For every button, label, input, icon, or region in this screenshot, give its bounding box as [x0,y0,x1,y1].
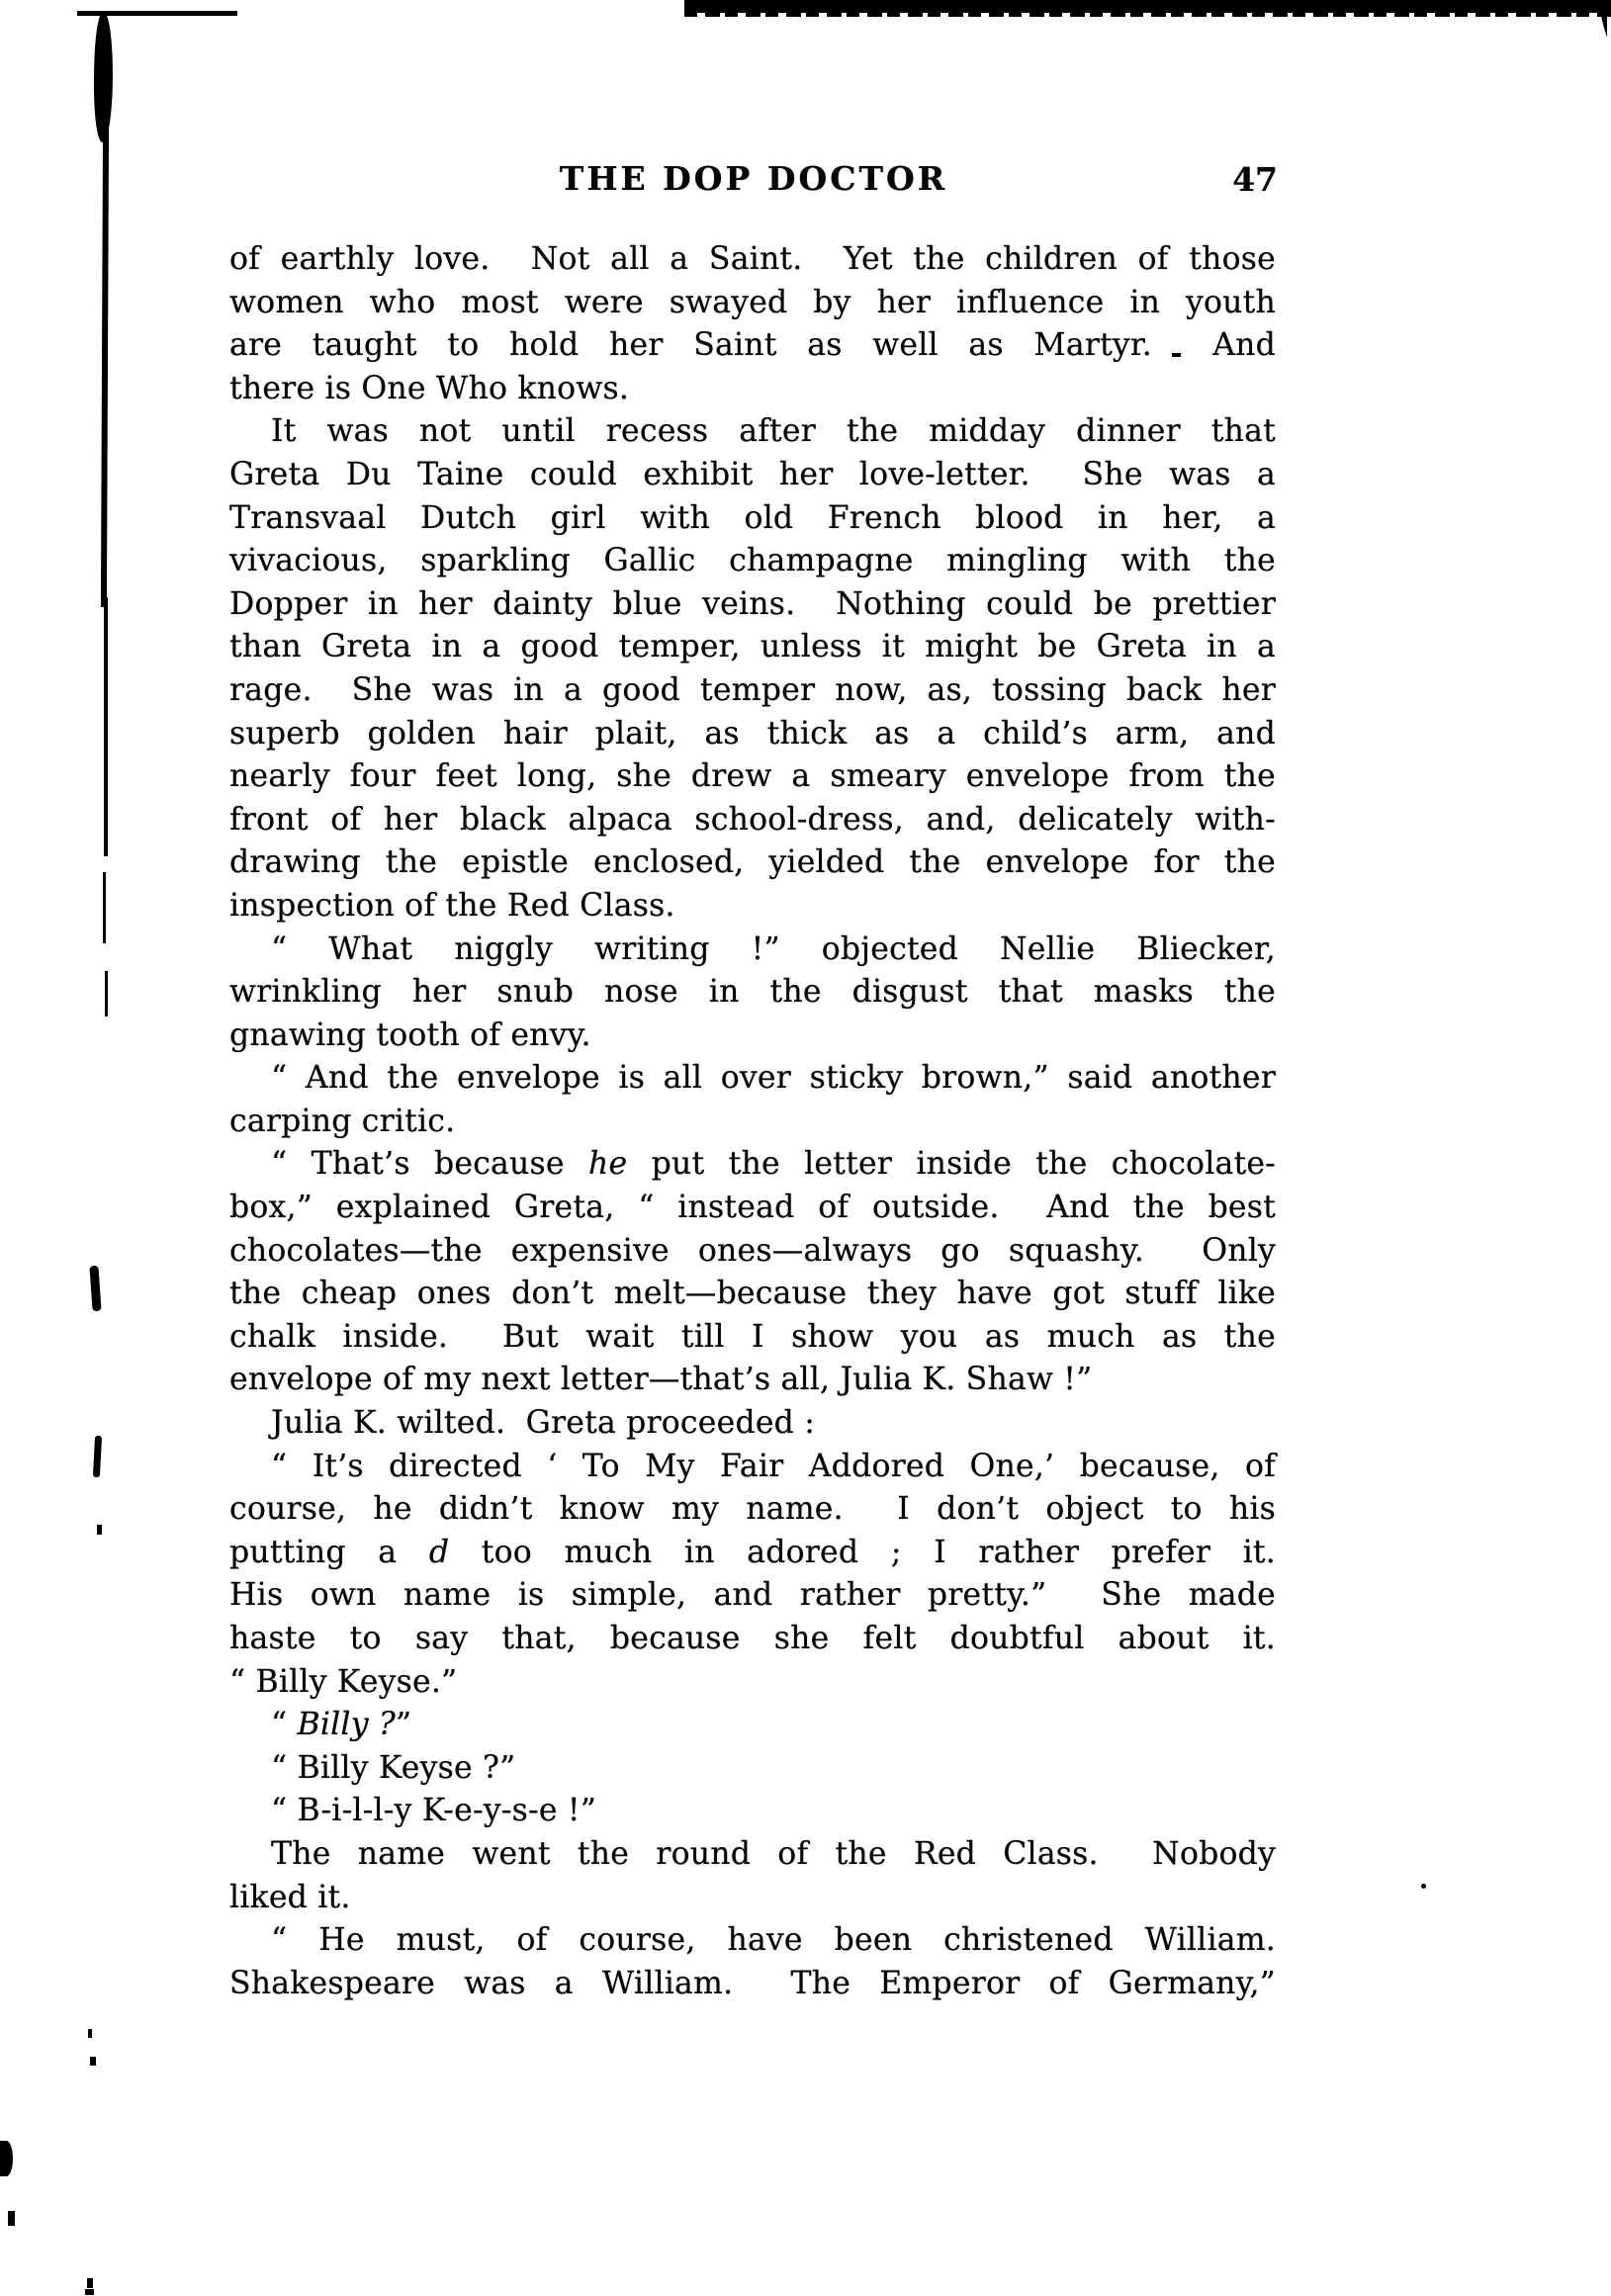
text-line: Julia K. wilted. Greta proceeded : [229,1402,1276,1446]
text-line: “ And the envelope is all over sticky br… [229,1057,1276,1101]
text-segment: there is One Who knows. [229,371,629,406]
text-line: than Greta in a good temper, unless it m… [229,626,1276,669]
text-line: Greta Du Taine could exhibit her love-le… [229,454,1276,497]
text-segment: “ Billy Keyse.” [229,1664,457,1700]
running-header: THE DOP DOCTOR 47 [229,159,1278,205]
page-text: of earthly love. Not all a Saint. Yet th… [229,238,1276,2005]
text-line: The name went the round of the Red Class… [229,1833,1276,1877]
text-segment: carping critic. [229,1104,455,1139]
scan-speck [1421,1884,1426,1889]
text-segment: Greta Du Taine could exhibit her love-le… [229,457,1276,492]
text-line: gnawing tooth of envy. [229,1015,1276,1058]
text-line: there is One Who knows. [229,368,1276,411]
text-line: box,” explained Greta, “ instead of outs… [229,1187,1276,1230]
text-segment: gnawing tooth of envy. [229,1017,591,1053]
text-line: carping critic. [229,1101,1276,1144]
text-line: “ That’s because he put the letter insid… [229,1143,1276,1187]
text-segment: Transvaal Dutch girl with old French blo… [229,500,1276,536]
top-edge-scan-band [684,0,1611,13]
text-segment: nearly four feet long, she drew a smeary… [229,758,1276,794]
text-line: liked it. [229,1877,1276,1920]
scanned-book-page: { "header": { "title": "THE DOP DOCTOR",… [0,0,1611,2296]
text-line: Transvaal Dutch girl with old French blo… [229,497,1276,541]
text-segment: The name went the round of the Red Class… [271,1836,1276,1872]
text-segment: he [588,1146,627,1182]
text-segment: wrinkling her snub nose in the disgust t… [229,974,1276,1010]
binding-streak-top [93,12,115,142]
text-line: chalk inside. But wait till I show you a… [229,1316,1276,1360]
text-segment: ” [396,1707,411,1742]
text-segment: of earthly love. Not all a Saint. Yet th… [229,241,1276,277]
text-segment: than Greta in a good temper, unless it m… [229,629,1276,664]
text-segment: “ Billy Keyse ?” [271,1750,515,1786]
text-segment: “ [271,1707,298,1742]
text-segment: Billy ? [298,1707,396,1742]
text-segment: liked it. [229,1880,351,1915]
text-line: rage. She was in a good temper now, as, … [229,669,1276,713]
text-segment: envelope of my next letter—that’s all, J… [229,1362,1092,1397]
text-segment: Dopper in her dainty blue veins. Nothing… [229,586,1276,622]
text-segment: “ What niggly writing !” objected Nellie… [271,931,1276,967]
text-segment: superb golden hair plait, as thick as a … [229,716,1276,751]
text-line: putting a d too much in adored ; I rathe… [229,1532,1276,1575]
text-line: “ Billy ?” [229,1704,1276,1747]
text-line: front of her black alpaca school-dress, … [229,799,1276,842]
text-line: women who most were swayed by her influe… [229,282,1276,325]
scan-speck [90,2057,96,2066]
text-line: haste to say that, because she felt doub… [229,1618,1276,1661]
text-line: “ It’s directed ‘ To My Fair Addored One… [229,1446,1276,1489]
text-line: chocolates—the expensive ones—always go … [229,1230,1276,1274]
book-title: THE DOP DOCTOR [229,159,1278,198]
text-segment: rage. She was in a good temper now, as, … [229,672,1276,708]
binding-streak-fragment [103,872,106,943]
text-segment: women who most were swayed by her influe… [229,285,1276,320]
text-segment: vivacious, sparkling Gallic champagne mi… [229,543,1276,578]
text-segment: It was not until recess after the midday… [271,413,1276,449]
text-segment: too much in adored ; I rather prefer it. [449,1535,1276,1570]
text-line: superb golden hair plait, as thick as a … [229,713,1276,756]
text-line: wrinkling her snub nose in the disgust t… [229,971,1276,1015]
text-line: “ Billy Keyse.” [229,1661,1276,1705]
text-line: envelope of my next letter—that’s all, J… [229,1359,1276,1402]
margin-smudge [89,1266,101,1312]
text-segment: His own name is simple, and rather prett… [229,1577,1276,1613]
text-segment: “ He must, of course, have been christen… [271,1922,1276,1958]
text-segment: haste to say that, because she felt doub… [229,1621,1276,1656]
text-line: “ B-i-l-l-y K-e-y-s-e !” [229,1790,1276,1833]
text-segment: chocolates—the expensive ones—always go … [229,1233,1276,1269]
top-right-corner-speck [1596,14,1607,38]
text-segment: inspection of the Red Class. [229,888,675,924]
text-line: inspection of the Red Class. [229,885,1276,928]
text-line: It was not until recess after the midday… [229,410,1276,454]
text-segment: the cheap ones don’t melt—because they h… [229,1276,1276,1311]
text-line: are taught to hold her Saint as well as … [229,324,1276,368]
scan-speck [8,2211,15,2226]
top-edge-ragged-line [684,13,1611,17]
text-segment: d [429,1535,449,1570]
text-line: nearly four feet long, she drew a smeary… [229,755,1276,799]
text-segment: drawing the epistle enclosed, yielded th… [229,844,1276,880]
page-number: 47 [1232,160,1278,199]
text-segment: put the letter inside the chocolate- [627,1146,1276,1182]
text-line: the cheap ones don’t melt—because they h… [229,1273,1276,1316]
text-segment: are taught to hold her Saint as well as … [229,327,1276,363]
text-segment: Julia K. wilted. Greta proceeded : [271,1405,815,1441]
text-line: “ He must, of course, have been christen… [229,1919,1276,1963]
text-line: Dopper in her dainty blue veins. Nothing… [229,583,1276,627]
text-segment: “ And the envelope is all over sticky br… [271,1060,1276,1096]
bottom-left-blot [0,2141,13,2176]
text-segment: Shakespeare was a William. The Emperor o… [229,1966,1276,2001]
text-segment: “ It’s directed ‘ To My Fair Addored One… [271,1449,1276,1484]
text-line: drawing the epistle enclosed, yielded th… [229,841,1276,885]
text-line: course, he didn’t know my name. I don’t … [229,1488,1276,1532]
text-line: of earthly love. Not all a Saint. Yet th… [229,238,1276,282]
binding-streak-lower [104,597,108,856]
scan-speck [87,2278,93,2288]
text-line: Shakespeare was a William. The Emperor o… [229,1963,1276,2006]
text-line: “ What niggly writing !” objected Nellie… [229,928,1276,972]
scan-speck [88,2029,92,2038]
text-segment: course, he didn’t know my name. I don’t … [229,1491,1276,1527]
margin-smudge [93,1436,102,1477]
text-segment: box,” explained Greta, “ instead of outs… [229,1190,1276,1225]
text-segment: “ B-i-l-l-y K-e-y-s-e !” [271,1793,596,1828]
margin-speck [97,1525,102,1535]
text-segment: “ That’s because [271,1146,588,1182]
binding-streak-fragment [105,971,108,1016]
text-segment: front of her black alpaca school-dress, … [229,802,1276,838]
text-segment: putting a [229,1535,429,1570]
scan-speck [85,2289,94,2295]
text-segment: chalk inside. But wait till I show you a… [229,1319,1276,1355]
text-line: vivacious, sparkling Gallic champagne mi… [229,540,1276,583]
binding-streak-middle [101,127,109,607]
text-line: “ Billy Keyse ?” [229,1747,1276,1791]
text-line: His own name is simple, and rather prett… [229,1574,1276,1618]
